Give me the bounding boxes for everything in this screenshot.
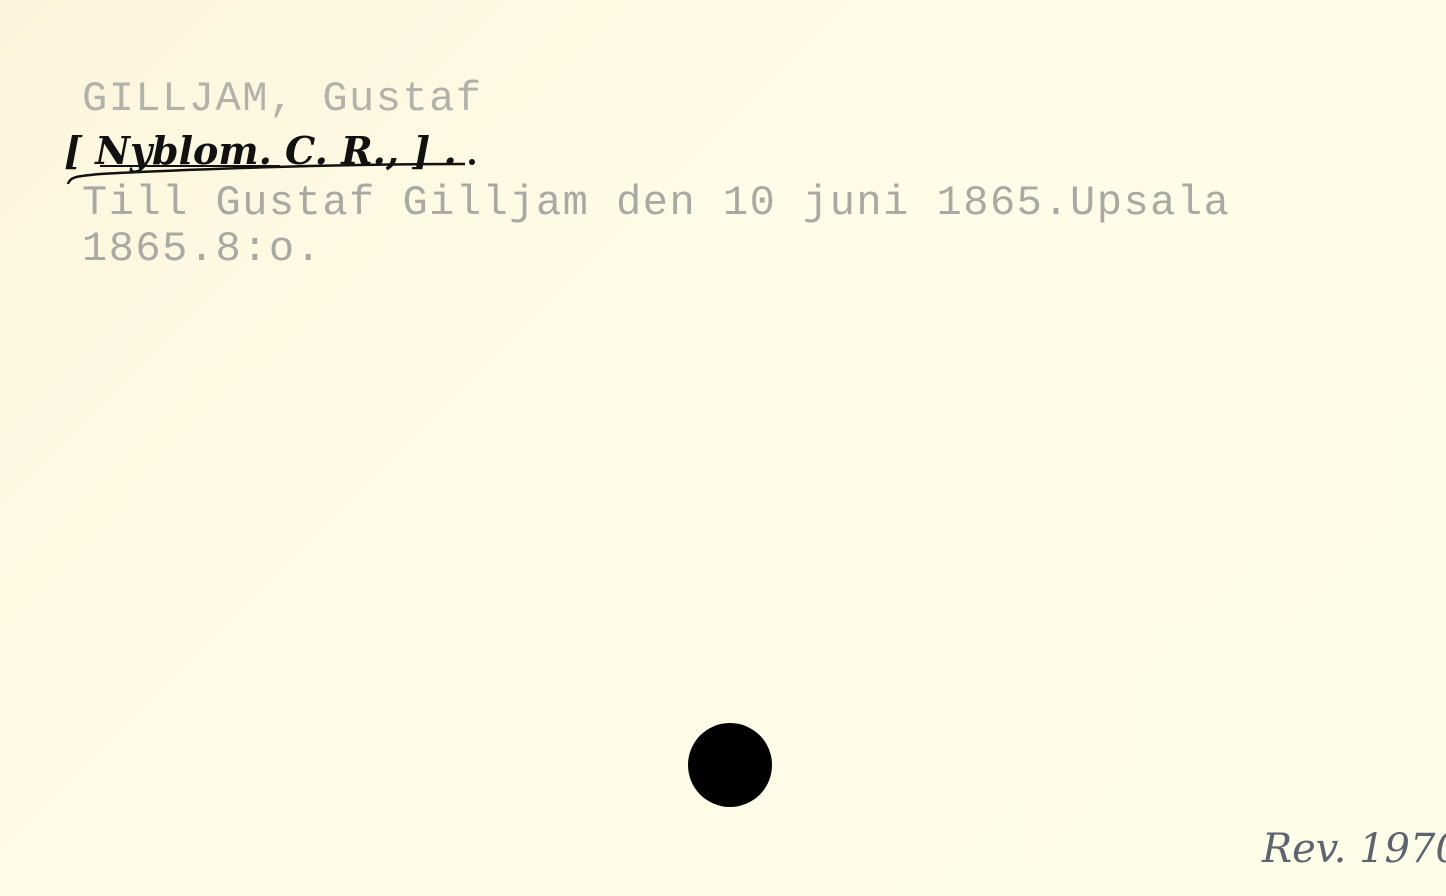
title-line-1: Till Gustaf Gilljam den 10 juni 1865.Ups… (82, 182, 1230, 224)
catalog-card: GILLJAM, Gustaf [ Nyblom. C. R., ] . Til… (0, 0, 1446, 896)
title-line-2: 1865.8:o. (82, 228, 322, 270)
revision-note: Rev. 1970 (1262, 826, 1446, 872)
punch-hole (688, 723, 772, 807)
card-heading: GILLJAM, Gustaf (82, 78, 483, 120)
